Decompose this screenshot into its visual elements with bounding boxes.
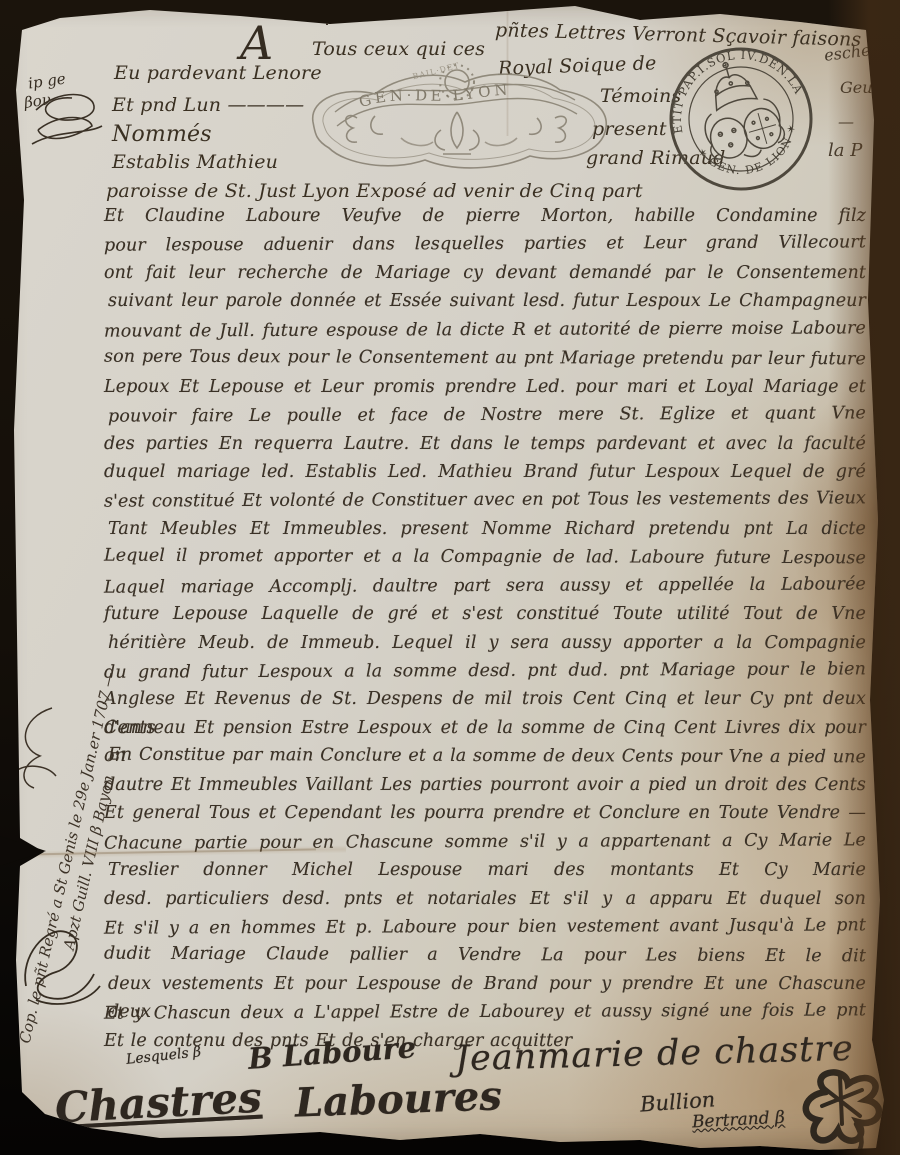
- manuscript-paper: A Tous ceux qui ces pñtes Lettres Verron…: [0, 0, 900, 1155]
- manuscript-line: pouvoir faire Le poulle et face de Nostr…: [108, 399, 866, 431]
- manuscript-line: Treslier donner Michel Lespouse mari des…: [108, 856, 866, 884]
- manuscript-line: s'est constitué Et volonté de Constituer…: [104, 485, 866, 517]
- manuscript-line: Anglese Et Revenus de St. Despens de mil…: [104, 685, 866, 713]
- manuscript-line: Et Claudine Laboure Veufve de pierre Mor…: [104, 202, 866, 230]
- round-stamp-bottom-text: ✶ GEN. DE LION ✶: [693, 118, 809, 189]
- manuscript-line: Et general Tous et Cependant les pourra …: [104, 799, 866, 827]
- header-line3-far: Geur: [840, 78, 880, 97]
- manuscript-body: Et Claudine Laboure Veufve de pierre Mor…: [104, 202, 866, 1055]
- manuscript-line: dudit Mariage Claude pallier a Vendre La…: [104, 940, 866, 971]
- manuscript-line: Laquel mariage Accomplj. daultre part se…: [104, 570, 866, 602]
- manuscript-line: future Lepouse Laquelle de gré et s'est …: [104, 600, 866, 628]
- margin-swirl-icon: [8, 702, 68, 797]
- signature-chastres: Chastres: [54, 1073, 263, 1133]
- header-line5-left: Establis Mathieu: [112, 151, 278, 173]
- paper-tear-notch: [0, 836, 46, 866]
- manuscript-line: d'anneau Et pension Estre Lespoux et de …: [104, 714, 866, 742]
- manuscript-line: duquel mariage led. Establis Led. Mathie…: [104, 458, 866, 486]
- manuscript-line: desd. particuliers desd. pnts et notaria…: [104, 885, 866, 913]
- header-line4-far: —: [838, 112, 854, 131]
- manuscript-line: Et s'il y a en hommes Et p. Laboure pour…: [104, 911, 866, 943]
- margin-paraph-flourish-icon: [30, 86, 106, 150]
- manuscript-line: son pere Tous deux pour le Consentement …: [104, 343, 866, 374]
- manuscript-line: Tant Meubles Et Immeubles. present Nomme…: [108, 515, 866, 543]
- header-line5-far: la P: [828, 140, 862, 161]
- manuscript-line: mouvant de Jull. future espouse de la di…: [104, 314, 866, 346]
- header-initial: A: [240, 20, 273, 66]
- manuscript-line: deux vestements Et pour Lespouse de Bran…: [108, 970, 866, 998]
- manuscript-line: Et y Chascun deux a L'appel Estre de Lab…: [104, 997, 866, 1029]
- signature-witness-2: Bertrand β: [692, 1108, 786, 1133]
- signature-laboures: Laboures: [294, 1072, 502, 1126]
- manuscript-line: dautre Et Immeubles Vaillant Les parties…: [104, 771, 866, 799]
- header-line3-left: Et pnd Lun ————: [112, 94, 304, 116]
- manuscript-line: En Constitue par main Conclure et a la s…: [108, 741, 866, 772]
- header-line1-left: Tous ceux qui ces: [312, 38, 485, 60]
- invocation-cross: [302, 16, 358, 32]
- manuscript-line: pour lespouse aduenir dans lesquelles pa…: [104, 229, 866, 261]
- header-line6: paroisse de St. Just Lyon Exposé ad veni…: [106, 180, 643, 202]
- header-line2-left: Eu pardevant Lenore: [114, 62, 322, 84]
- photograph-backdrop: A Tous ceux qui ces pñtes Lettres Verron…: [0, 0, 900, 1155]
- manuscript-line: héritière Meub. de Immeub. Lequel il y s…: [108, 629, 866, 657]
- manuscript-line: des parties En requerra Lautre. Et dans …: [104, 430, 866, 458]
- manuscript-line: Lequel il promet apporter et a la Compag…: [104, 542, 866, 573]
- manuscript-line: suivant leur parole donnée et Essée suiv…: [108, 287, 866, 315]
- margin-flourish-icon: [16, 916, 108, 1004]
- manuscript-line: du grand futur Lespoux a la somme desd. …: [104, 655, 866, 687]
- oval-generalite-stamp-icon: BAIL·DET GEN·DE·LYON: [305, 60, 615, 174]
- manuscript-line: ont fait leur recherche de Mariage cy de…: [104, 259, 866, 287]
- manuscript-line: Chacune partie pour en Chascune somme s'…: [104, 826, 866, 858]
- manuscript-line: Lepoux Et Lepouse et Leur promis prendre…: [104, 373, 866, 401]
- round-tax-stamp-icon: PETIT PAP.I.SOL IV.DEN.LA F ✶ GEN. DE LI…: [668, 46, 814, 192]
- header-line4-left: Nommés: [112, 122, 212, 147]
- oval-stamp-banner-text: GEN·DE·LYON: [357, 80, 511, 111]
- notarial-knot-icon: [796, 1062, 884, 1155]
